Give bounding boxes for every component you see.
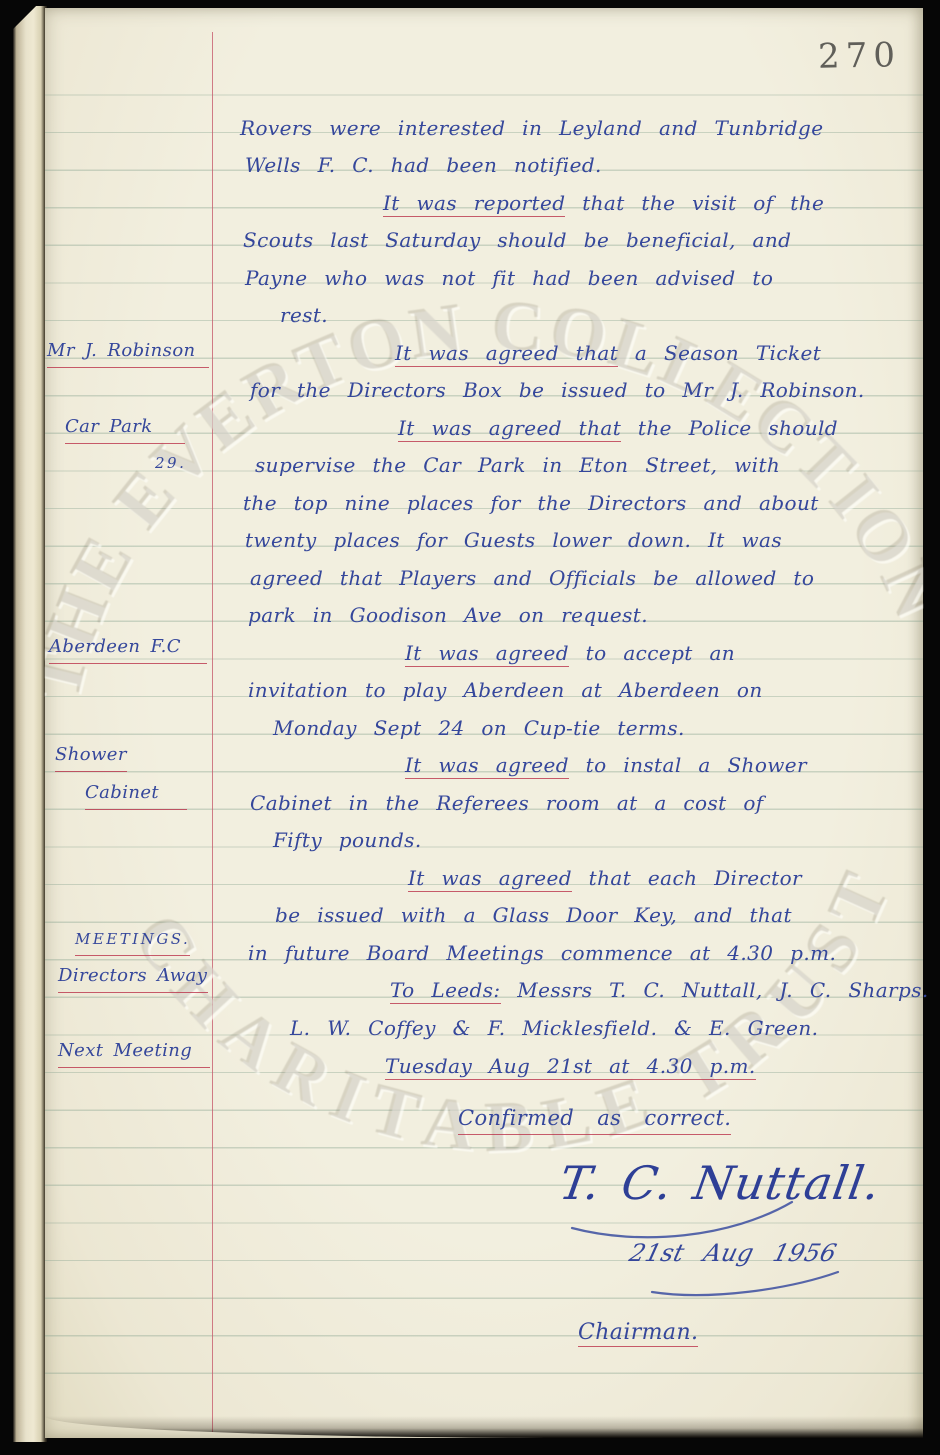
handwritten-line: for the Directors Box be issued to Mr J.… [250, 375, 865, 405]
margin-note-text: Next Meeting [58, 1036, 210, 1068]
margin-note: Car Park [65, 412, 185, 442]
phrase: invitation to play Aberdeen at Aberdeen … [248, 678, 763, 702]
phrase: Wells F. C. had been notified. [245, 153, 602, 177]
phrase: Cabinet in the Referees room at a cost o… [250, 791, 764, 815]
handwritten-line: It was agreed that the Police should [398, 413, 838, 443]
phrase: that the visit of the [565, 191, 824, 215]
handwritten-line: L. W. Coffey & F. Micklesfield. & E. Gre… [290, 1013, 818, 1043]
phrase: that each Director [572, 866, 802, 890]
handwritten-line: Fifty pounds. [273, 825, 422, 855]
phrase: Payne who was not fit had been advised t… [245, 266, 773, 290]
underlined-phrase: To Leeds: [390, 978, 501, 1004]
phrase: in future Board Meetings commence at 4.3… [248, 941, 836, 965]
phrase: the top nine places for the Directors an… [243, 491, 819, 515]
phrase: park in Goodison Ave on request. [248, 603, 648, 627]
handwritten-line: Tuesday Aug 21st at 4.30 p.m. [385, 1051, 756, 1081]
handwritten-line: To Leeds: Messrs T. C. Nuttall, J. C. Sh… [390, 975, 929, 1005]
underlined-phrase: It was reported [383, 191, 565, 217]
margin-note-text: 29. [155, 454, 186, 472]
handwritten-line: It was agreed that each Director [408, 863, 802, 893]
phrase: twenty places for Guests lower down. It … [245, 528, 782, 552]
handwritten-line: Scouts last Saturday should be beneficia… [243, 225, 791, 255]
margin-note-text: Car Park [65, 412, 185, 444]
phrase: Monday Sept 24 on Cup-tie terms. [273, 716, 685, 740]
phrase: a Season Ticket [618, 341, 821, 365]
phrase: for the Directors Box be issued to Mr J.… [250, 378, 865, 402]
confirmed-as-correct-line: Confirmed as correct. [458, 1103, 731, 1135]
handwritten-line: Rovers were interested in Leyland and Tu… [240, 113, 823, 143]
handwritten-line: agreed that Players and Officials be all… [250, 563, 814, 593]
margin-rule-line [212, 32, 213, 1432]
margin-note: Next Meeting [58, 1036, 210, 1066]
margin-note-text: Shower [55, 740, 127, 772]
handwritten-line: Cabinet in the Referees room at a cost o… [250, 788, 764, 818]
margin-note: MEETINGS. [75, 924, 190, 954]
margin-note-text: Directors Away [58, 961, 208, 993]
handwritten-line: the top nine places for the Directors an… [243, 488, 819, 518]
handwritten-line: Payne who was not fit had been advised t… [245, 263, 773, 293]
margin-note: 29. [155, 448, 186, 478]
underlined-phrase: It was agreed that [395, 341, 618, 367]
margin-note-text: Aberdeen F.C [49, 632, 207, 664]
handwritten-line: twenty places for Guests lower down. It … [245, 525, 782, 555]
margin-note: Aberdeen F.C [49, 632, 207, 662]
margin-note: Shower [55, 740, 127, 770]
underlined-phrase: It was agreed [405, 753, 569, 779]
phrase: L. W. Coffey & F. Micklesfield. & E. Gre… [290, 1016, 818, 1040]
phrase: Rovers were interested in Leyland and Tu… [240, 116, 823, 140]
handwritten-line: in future Board Meetings commence at 4.3… [248, 938, 836, 968]
underlined-phrase: It was agreed [405, 641, 569, 667]
margin-note-text: MEETINGS. [75, 924, 190, 956]
handwritten-line: It was agreed to instal a Shower [405, 750, 807, 780]
signature-date: 21st Aug 1956 [626, 1238, 840, 1268]
underlined-phrase: It was agreed [408, 866, 572, 892]
phrase: Messrs T. C. Nuttall, J. C. Sharps. [501, 978, 929, 1002]
underlined-phrase: It was agreed that [398, 416, 621, 442]
phrase: Scouts last Saturday should be beneficia… [243, 228, 791, 252]
phrase: to instal a Shower [569, 753, 807, 777]
chairman-label: Chairman. [578, 1318, 698, 1348]
phrase: the Police should [621, 416, 838, 440]
minute-book-page: THE EVERTON COLLECTION © CHARITABLE TRUS… [45, 8, 923, 1438]
chairman-label-text: Chairman. [578, 1320, 698, 1347]
phrase: to accept an [569, 641, 735, 665]
margin-note: Cabinet [85, 778, 187, 808]
handwritten-line: be issued with a Glass Door Key, and tha… [275, 900, 792, 930]
margin-note: Mr J. Robinson [47, 336, 209, 366]
handwritten-line: It was agreed to accept an [405, 638, 735, 668]
phrase: rest. [280, 303, 328, 327]
date-underline-flourish [652, 1272, 838, 1295]
book-page-edges [13, 6, 47, 1442]
phrase: be issued with a Glass Door Key, and tha… [275, 903, 792, 927]
handwritten-line: It was reported that the visit of the [383, 188, 824, 218]
handwritten-line: invitation to play Aberdeen at Aberdeen … [248, 675, 763, 705]
margin-note-text: Cabinet [85, 778, 187, 810]
margin-note: Directors Away [58, 961, 208, 991]
handwritten-line: park in Goodison Ave on request. [248, 600, 648, 630]
page-bottom-shadow [45, 1416, 923, 1438]
chairman-signature: T. C. Nuttall. [555, 1153, 885, 1213]
minute-book-scan: THE EVERTON COLLECTION © CHARITABLE TRUS… [0, 0, 940, 1455]
phrase: agreed that Players and Officials be all… [250, 566, 814, 590]
phrase: Fifty pounds. [273, 828, 422, 852]
handwritten-line: supervise the Car Park in Eton Street, w… [255, 450, 780, 480]
underlined-phrase: Tuesday Aug 21st at 4.30 p.m. [385, 1054, 756, 1080]
page-number-stamp: 270 [818, 35, 902, 76]
handwritten-line: rest. [280, 300, 328, 330]
handwritten-line: Monday Sept 24 on Cup-tie terms. [273, 713, 685, 743]
phrase: supervise the Car Park in Eton Street, w… [255, 453, 780, 477]
handwritten-line: It was agreed that a Season Ticket [395, 338, 821, 368]
margin-note-text: Mr J. Robinson [47, 336, 209, 368]
handwritten-line: Wells F. C. had been notified. [245, 150, 602, 180]
